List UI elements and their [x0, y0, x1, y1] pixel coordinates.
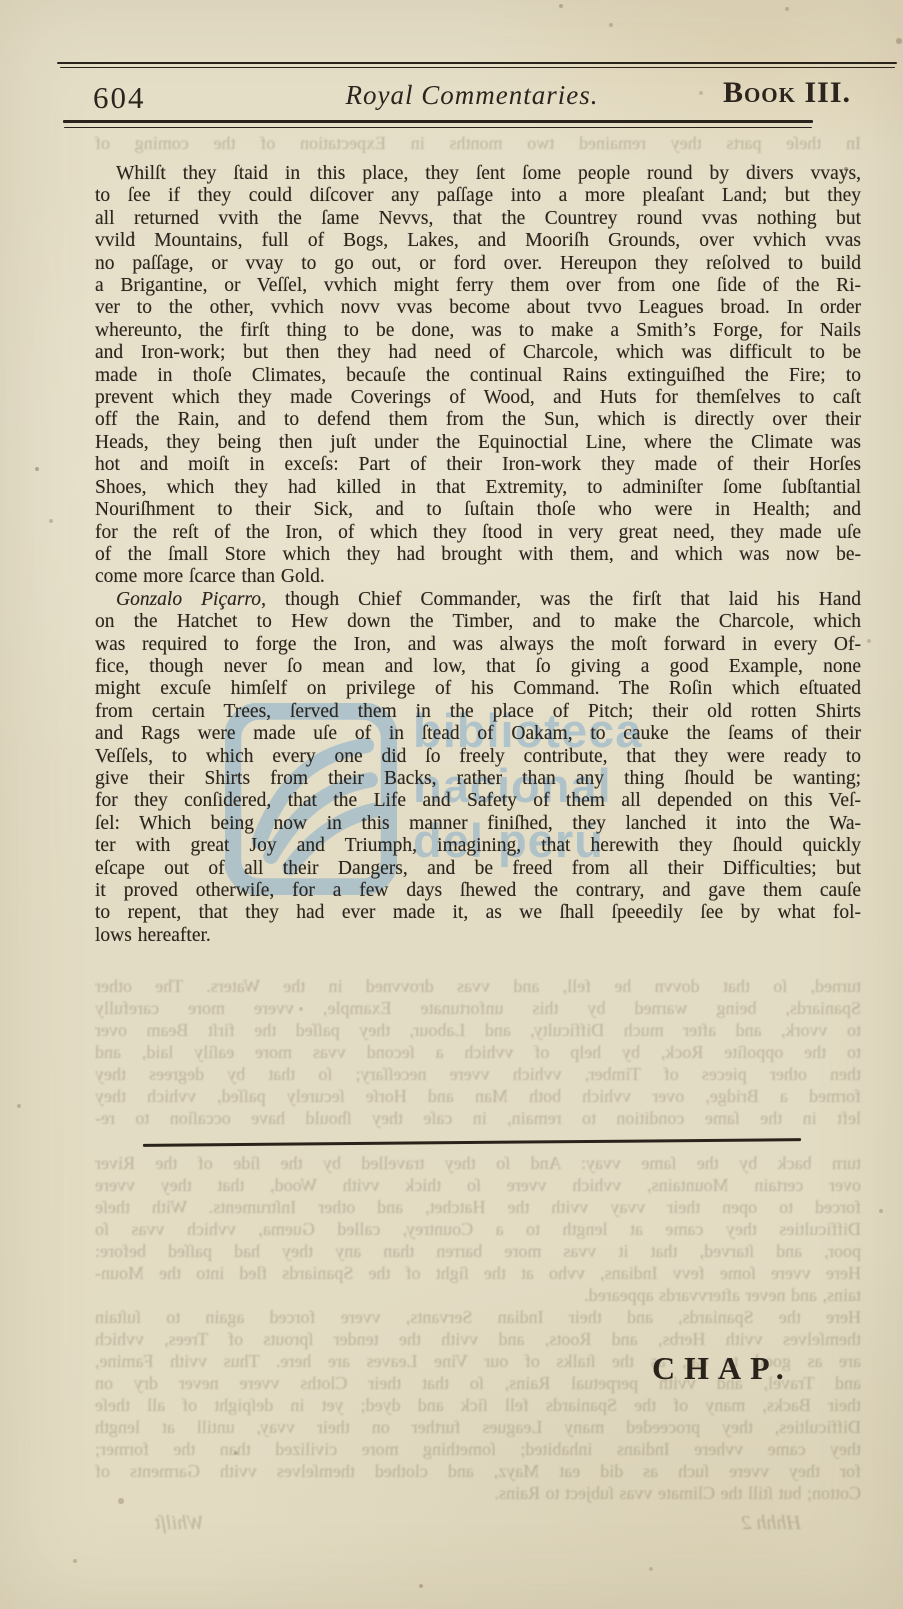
- bleedthrough-line: Difficulties they came at length to a Co…: [95, 1218, 861, 1240]
- text-line: a Brigantine, or Veſſel, vvhich might fe…: [95, 275, 861, 297]
- bleedthrough-line: Here vvere ſome fevv Indians, vvho at th…: [95, 1262, 861, 1284]
- bleedthrough-catchword: Whilſt: [155, 1512, 204, 1535]
- bleedthrough-line: forced to open their vvay vvith the Hatc…: [95, 1196, 861, 1218]
- top-border-rule: [57, 62, 897, 64]
- text-line: whereunto, the firſt thing to be done, w…: [95, 320, 861, 342]
- text-segment: ver to the other, vvhich novv vvas becom…: [95, 297, 861, 318]
- text-line: might excuſe himſelf on privilege of his…: [95, 678, 861, 700]
- text-line: give their Shirts from their Backs, rath…: [95, 768, 861, 790]
- text-segment: from certain Trees, ſerved them in the p…: [95, 701, 861, 722]
- text-segment: come more ſcarce than Gold.: [95, 566, 325, 587]
- bleedthrough-line: In theſe parts they remained two months …: [95, 132, 861, 154]
- text-line: Veſſels, to which every one did ſo freel…: [95, 746, 861, 768]
- text-segment: for the reſt of the Iron, of which they …: [95, 522, 861, 543]
- section-end-rule: [143, 1138, 801, 1147]
- text-segment: hot and moiſt in exceſs: Part of their I…: [95, 454, 861, 475]
- bleedthrough-line: then other pieces of Timber, vvhich vver…: [95, 1063, 861, 1085]
- top-border-rule-thin: [60, 67, 895, 68]
- text-segment: lows hereafter.: [95, 925, 211, 946]
- text-line: and Rags were made uſe of in ſtead of Oa…: [95, 723, 861, 745]
- text-line: and Iron-work; but then they had need of…: [95, 342, 861, 364]
- bleedthrough-line: poor, and ſtarved, that it vvas more bar…: [95, 1240, 861, 1262]
- bleedthrough-line: themſelves vvith Herbs, and Roots, and v…: [95, 1328, 861, 1350]
- book-page: In theſe parts they remained two months …: [0, 0, 903, 1609]
- text-line: no paſſage, or vvay to go out, or ford o…: [95, 253, 861, 275]
- text-segment: prevent which they made Coverings of Woo…: [95, 387, 861, 408]
- text-line: was required to forge the Iron, and was …: [95, 634, 861, 656]
- text-line: it proved otherwiſe, for a few days ſhew…: [95, 880, 861, 902]
- text-segment: all returned vvith the ſame Nevvs, that …: [95, 208, 861, 229]
- header-divider-rule-thin: [64, 127, 812, 128]
- text-line: to ſee if they could diſcover any paſſag…: [95, 185, 861, 207]
- bleedthrough-line: Spaniards, being warned by this unfortun…: [95, 997, 861, 1019]
- bleedthrough-line: to vvork, and after much Difficulty, and…: [95, 1019, 861, 1041]
- catchword: CHAP.: [652, 1350, 793, 1387]
- text-segment: for they conſidered, that the Life and S…: [95, 790, 861, 811]
- text-line: ter with great Joy and Triumph, imaginin…: [95, 835, 861, 857]
- text-line: Gonzalo Piçarro, though Chief Commander,…: [95, 589, 861, 611]
- text-segment: ter with great Joy and Triumph, imaginin…: [95, 835, 861, 856]
- text-line: ſel: Which being now in this manner fini…: [95, 813, 861, 835]
- text-segment: to ſee if they could diſcover any paſſag…: [95, 185, 861, 206]
- text-line: eſcape out of all their Dangers, and be …: [95, 858, 861, 880]
- text-segment: and Rags were made uſe of in ſtead of Oa…: [95, 723, 861, 744]
- text-segment: whereunto, the firſt thing to be done, w…: [95, 320, 861, 341]
- bleedthrough-group-1: turned, ſo that dovvn he fell, and vvas …: [95, 975, 861, 1129]
- text-segment: it proved otherwiſe, for a few days ſhew…: [95, 880, 861, 901]
- text-line: Nouriſhment to their Sick, and to ſuſtai…: [95, 499, 861, 521]
- text-segment: of the ſmall Store which they had brough…: [95, 544, 861, 565]
- bleedthrough-line: turned, ſo that dovvn he fell, and vvas …: [95, 975, 861, 997]
- text-segment: Whilſt they ſtaid in this place, they ſe…: [116, 163, 861, 184]
- bleedthrough-signature-mark: Hhhh 2: [742, 1512, 801, 1535]
- text-segment: Shoes, which they had killed in that Ext…: [95, 477, 861, 498]
- text-line: of the ſmall Store which they had brough…: [95, 544, 861, 566]
- paragraph: Whilſt they ſtaid in this place, they ſe…: [95, 163, 861, 589]
- bleedthrough-line: they came vvhere Indians inhabited; ſome…: [95, 1438, 861, 1460]
- text-segment: eſcape out of all their Dangers, and be …: [95, 858, 861, 879]
- text-line: Heads, they being then juſt under the Eq…: [95, 432, 861, 454]
- bleedthrough-header: In theſe parts they remained two months …: [95, 132, 861, 154]
- text-segment: give their Shirts from their Backs, rath…: [95, 768, 861, 789]
- text-segment: , though Chief Commander, was the firſt …: [261, 589, 861, 610]
- text-segment: off the Rain, and to defend them from th…: [95, 409, 861, 430]
- text-line: on the Hatchet to Hew down the Timber, a…: [95, 611, 861, 633]
- book-label: Book III.: [723, 76, 851, 110]
- paragraph: Gonzalo Piçarro, though Chief Commander,…: [95, 589, 861, 948]
- text-line: for the reſt of the Iron, of which they …: [95, 522, 861, 544]
- text-line: vvild Mountains, full of Bogs, Lakes, an…: [95, 230, 861, 252]
- bleedthrough-line: Here the Spaniards, and their Indian Ser…: [95, 1306, 861, 1328]
- running-title: Royal Commentaries.: [172, 80, 772, 111]
- bleedthrough-line: tains, and never aftervvards appeared.: [95, 1284, 861, 1306]
- paper-speckles: [0, 0, 2, 2]
- text-line: from certain Trees, ſerved them in the p…: [95, 701, 861, 723]
- text-segment: vvild Mountains, full of Bogs, Lakes, an…: [95, 230, 861, 251]
- text-segment: might excuſe himſelf on privilege of his…: [95, 678, 861, 699]
- bleedthrough-line: turn back by the ſame vvay: And ſo they …: [95, 1152, 861, 1174]
- text-line: ver to the other, vvhich novv vvas becom…: [95, 297, 861, 319]
- bleedthrough-line: left in the ſame condition to remain, in…: [95, 1107, 861, 1129]
- text-segment: was required to forge the Iron, and was …: [95, 634, 861, 655]
- bleedthrough-group-3: their Backs, many of the Spaniards fell …: [95, 1394, 861, 1504]
- body-text: Whilſt they ſtaid in this place, they ſe…: [95, 163, 861, 947]
- bleedthrough-line: for they vvere ſuch as did eat Mayz, and…: [95, 1460, 861, 1482]
- bleedthrough-line: to the oppoſite Rock, by help of vvhich …: [95, 1041, 861, 1063]
- text-segment: Nouriſhment to their Sick, and to ſuſtai…: [95, 499, 861, 520]
- text-line: Shoes, which they had killed in that Ext…: [95, 477, 861, 499]
- text-segment: ſel: Which being now in this manner fini…: [95, 813, 861, 834]
- italic-name: Gonzalo Piçarro: [116, 589, 261, 610]
- text-line: hot and moiſt in exceſs: Part of their I…: [95, 454, 861, 476]
- text-segment: fice, though never ſo mean and low, that…: [95, 656, 861, 677]
- text-segment: to repent, that they had ever made it, a…: [95, 902, 861, 923]
- text-segment: on the Hatchet to Hew down the Timber, a…: [95, 611, 861, 632]
- text-line: come more ſcarce than Gold.: [95, 566, 861, 588]
- text-line: Whilſt they ſtaid in this place, they ſe…: [95, 163, 861, 185]
- text-segment: Veſſels, to which every one did ſo freel…: [95, 746, 861, 767]
- bleedthrough-line: Difficulties, they proceeded many League…: [95, 1416, 861, 1438]
- bleedthrough-line: formed a Bridge, over vvhich both Man an…: [95, 1085, 861, 1107]
- text-line: made in thoſe Climates, becauſe the cont…: [95, 365, 861, 387]
- text-line: all returned vvith the ſame Nevvs, that …: [95, 208, 861, 230]
- text-line: for they conſidered, that the Life and S…: [95, 790, 861, 812]
- text-line: lows hereafter.: [95, 925, 861, 947]
- text-segment: no paſſage, or vvay to go out, or ford o…: [95, 253, 861, 274]
- text-line: to repent, that they had ever made it, a…: [95, 902, 861, 924]
- text-line: fice, though never ſo mean and low, that…: [95, 656, 861, 678]
- text-line: prevent which they made Coverings of Woo…: [95, 387, 861, 409]
- text-segment: made in thoſe Climates, becauſe the cont…: [95, 365, 861, 386]
- bleedthrough-line: their Backs, many of the Spaniards fell …: [95, 1394, 861, 1416]
- header-divider-rule: [63, 120, 813, 123]
- text-line: off the Rain, and to defend them from th…: [95, 409, 861, 431]
- bleedthrough-line: over certain Mountains, vvhich vvere ſo …: [95, 1174, 861, 1196]
- text-segment: and Iron-work; but then they had need of…: [95, 342, 861, 363]
- bleedthrough-line: Cotton; but ſtill the Climate vvas ſubje…: [95, 1482, 861, 1504]
- text-segment: a Brigantine, or Veſſel, vvhich might fe…: [95, 275, 861, 296]
- text-segment: Heads, they being then juſt under the Eq…: [95, 432, 861, 453]
- bleedthrough-signature: Hhhh 2 Whilſt: [95, 1512, 861, 1535]
- page-number: 604: [93, 80, 146, 116]
